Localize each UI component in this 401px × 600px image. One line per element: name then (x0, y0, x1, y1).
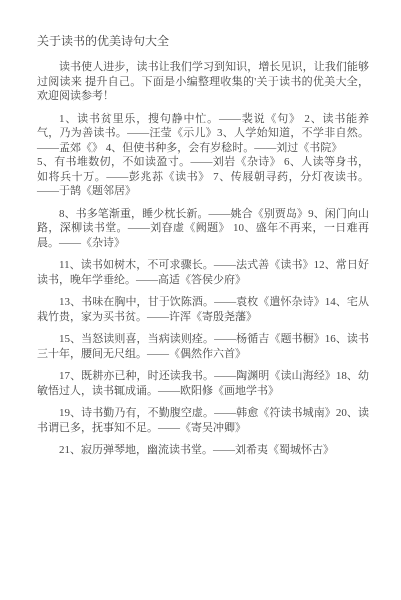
document-body: 读书使人进步，读书让我们学习到知识，增长见识，让我们能够过阅读来 提升自己。下面… (37, 60, 369, 458)
body-text-paragraph: 5、有书堆数仞，不如读盈寸。——刘岩《杂诗》 6、人读等身书，如将兵十万。——彭… (37, 155, 369, 199)
body-text-paragraph: 19、诗书勤乃有，不勤腹空虚。——韩愈《符读书城南》20、读书谓已多，抚事知不足… (37, 406, 369, 435)
body-text-paragraph: 8、书多笔渐重，睡少枕长新。——姚合《别贾岛》9、闲门向山路，深柳读书堂。——刘… (37, 207, 369, 251)
body-text-paragraph: 15、当怒读则喜，当病读则痊。——杨循吉《题书橱》16、读书三十年，腰间无尺组。… (37, 332, 369, 361)
document-title: 关于读书的优美诗句大全 (37, 34, 369, 49)
body-text-paragraph: 21、寂历弹琴地，幽流读书堂。——刘希夷《蜀城怀古》 (37, 443, 369, 458)
body-text-paragraph: 13、书味在胸中，甘于饮陈酒。——袁枚《遣怀杂诗》14、宅从栽竹贵，家为买书贫。… (37, 295, 369, 324)
document-page: 关于读书的优美诗句大全 读书使人进步，读书让我们学习到知识，增长见识，让我们能够… (0, 0, 401, 600)
body-text-paragraph: 读书使人进步，读书让我们学习到知识，增长见识，让我们能够过阅读来 提升自己。下面… (37, 60, 369, 104)
body-text-paragraph: 1、读书贫里乐，搜句静中忙。——裴说《句》 2、读书能养气，乃为善读书。——汪莹… (37, 112, 369, 156)
body-text-paragraph: 11、读书如树木，不可求骤长。——法式善《读书》12、常日好读书，晚年学垂纶。—… (37, 258, 369, 287)
body-text-paragraph: 17、既耕亦已种，时还读我书。——陶渊明《读山海经》18、幼敏悟过人，读书辄成诵… (37, 369, 369, 398)
